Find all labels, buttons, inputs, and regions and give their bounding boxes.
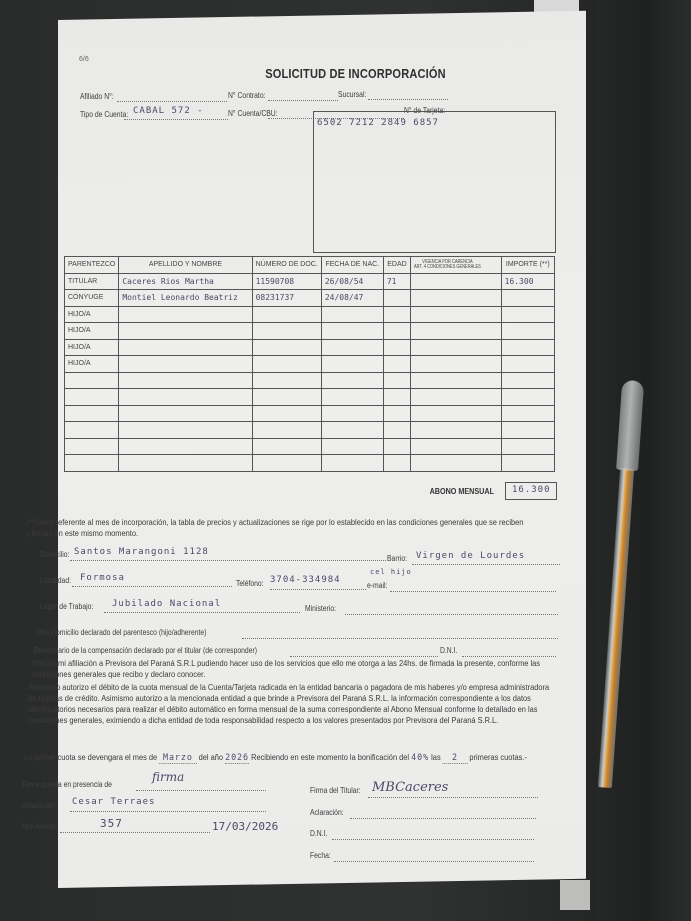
cell-nombre[interactable] — [119, 422, 252, 439]
beneficiario-field[interactable] — [290, 656, 438, 657]
cell-nombre[interactable] — [119, 405, 252, 422]
cell-fecha[interactable] — [321, 422, 383, 439]
table-row: CÓNYUGEMontiel Leonardo Beatriz082317372… — [65, 290, 555, 307]
localidad-label: Localidad: — [40, 576, 71, 585]
cell-importe[interactable] — [501, 356, 554, 373]
cell-importe[interactable] — [501, 323, 554, 340]
cell-importe[interactable] — [501, 389, 554, 406]
family-table: PARENTEZCO APELLIDO Y NOMBRE NÚMERO DE D… — [64, 256, 555, 472]
cell-parentezco: TITULAR — [65, 273, 119, 290]
cuota-anio[interactable]: 2026 — [225, 753, 249, 764]
cell-fecha[interactable] — [321, 323, 383, 340]
cell-edad[interactable] — [383, 422, 410, 439]
asesor-date: 17/03/2026 — [212, 820, 278, 833]
cell-edad[interactable] — [383, 306, 410, 323]
cell-edad[interactable] — [383, 290, 410, 307]
cell-fecha[interactable]: 24/08/47 — [321, 290, 383, 307]
titular-label: Firma del Titular: — [310, 786, 361, 795]
col-nombre: APELLIDO Y NOMBRE — [119, 257, 252, 274]
domicilio-label: Domicilio: — [40, 550, 69, 559]
cell-importe[interactable]: 16.300 — [501, 273, 554, 290]
ministerio-field[interactable] — [345, 614, 558, 615]
cell-parentezco — [65, 372, 119, 389]
cell-fecha[interactable] — [321, 405, 383, 422]
presencia-signature: firma — [152, 770, 184, 784]
localidad-value: Formosa — [80, 573, 125, 583]
cell-nombre[interactable] — [119, 306, 252, 323]
cell-parentezco: HIJO/A — [65, 339, 119, 356]
asesor-value: 357 — [100, 817, 123, 830]
fecha-field[interactable] — [334, 861, 534, 862]
cell-doc[interactable] — [252, 438, 321, 455]
cell-vigencia[interactable] — [411, 438, 502, 455]
cell-doc[interactable] — [252, 389, 321, 406]
cuota-suffix: primeras cuotas.- — [469, 753, 526, 762]
col-vigencia: VIGENCIA POR CARENCIA ART. 4 CONDICIONES… — [411, 257, 502, 274]
cell-importe[interactable] — [501, 339, 554, 356]
cell-parentezco — [65, 389, 119, 406]
cell-edad[interactable] — [383, 455, 410, 472]
titular-signature: MBCaceres — [372, 780, 448, 795]
beneficiario-dni-label: D.N.I. — [440, 646, 457, 655]
trabajo-field[interactable] — [104, 612, 300, 613]
page-number: 6/6 — [79, 56, 89, 63]
aclaracion-label: Aclaración: — [22, 801, 56, 810]
barrio-label: Barrio: — [387, 554, 407, 563]
aclaracion-field[interactable] — [70, 811, 266, 812]
cell-parentezco — [65, 455, 119, 472]
cell-edad[interactable] — [383, 438, 410, 455]
cell-nombre[interactable] — [119, 356, 252, 373]
contrato-field[interactable] — [268, 100, 338, 101]
tipo-cuenta-label: Tipo de Cuenta: — [80, 110, 128, 119]
table-row — [65, 455, 555, 472]
cell-doc[interactable] — [252, 455, 321, 472]
trabajo-label: Lugar de Trabajo: — [40, 602, 93, 611]
price-note: (**)Valor referente al mes de incorporac… — [26, 517, 528, 539]
cell-parentezco: HIJO/A — [65, 306, 119, 323]
contrato-label: N° Contrato: — [228, 91, 265, 100]
cuota-bonif-label: Recibiendo en este momento la bonificaci… — [251, 753, 409, 762]
cell-nombre[interactable] — [119, 389, 252, 406]
cell-fecha[interactable] — [321, 356, 383, 373]
cell-fecha[interactable] — [321, 339, 383, 356]
tipo-cuenta-value: CABAL 572 - — [133, 106, 204, 116]
cell-edad[interactable] — [383, 339, 410, 356]
abono-value: 16.300 — [512, 485, 551, 495]
cell-parentezco — [65, 405, 119, 422]
table-header: PARENTEZCO APELLIDO Y NOMBRE NÚMERO DE D… — [65, 257, 555, 274]
otro-domicilio-label: Otro Domicilio declarado del parentesco … — [36, 628, 206, 637]
cell-parentezco: CÓNYUGE — [65, 290, 119, 307]
presencia-field[interactable] — [136, 790, 266, 791]
aclaracion2-field[interactable] — [350, 818, 536, 819]
col-doc: NÚMERO DE DOC. — [252, 257, 321, 274]
fecha-label: Fecha: — [310, 851, 331, 860]
cell-importe[interactable] — [501, 455, 554, 472]
barrio-field[interactable] — [412, 564, 560, 565]
cell-doc[interactable] — [252, 356, 321, 373]
cell-vigencia[interactable] — [411, 306, 502, 323]
cell-parentezco — [65, 422, 119, 439]
sucursal-label: Sucursal: — [338, 90, 366, 99]
cuenta-cbu-label: N° Cuenta/CBU: — [228, 109, 278, 118]
cell-fecha[interactable]: 26/08/54 — [321, 273, 383, 290]
email-label: e-mail: — [367, 581, 387, 590]
cell-doc[interactable] — [252, 323, 321, 340]
cell-fecha[interactable] — [321, 372, 383, 389]
cuota-prefix: La primer cuota se devengara el mes de — [24, 753, 157, 762]
cell-fecha[interactable] — [321, 438, 383, 455]
table-row — [65, 422, 555, 439]
cell-nombre[interactable]: Caceres Rios Martha — [119, 273, 252, 290]
tipo-cuenta-field[interactable] — [124, 119, 228, 120]
localidad-field[interactable] — [72, 586, 232, 587]
tarjeta-box[interactable] — [313, 111, 556, 253]
dni-field[interactable] — [332, 839, 534, 840]
telefono-label: Teléfono: — [236, 579, 264, 588]
form-content: 6/6 SOLICITUD DE INCORPORACIÓN Afiliado … — [0, 0, 691, 921]
terms-debit: Asimismo autorizo el débito de la cuota … — [28, 682, 558, 726]
trabajo-value: Jubilado Nacional — [112, 599, 221, 609]
cell-importe[interactable] — [501, 405, 554, 422]
cuota-num[interactable]: 2 — [443, 753, 468, 764]
email-field[interactable] — [390, 591, 556, 592]
cell-vigencia[interactable] — [411, 323, 502, 340]
barrio-value: Virgen de Lourdes — [416, 551, 525, 561]
table-row: HIJO/A — [65, 356, 555, 373]
cell-vigencia[interactable] — [411, 290, 502, 307]
table-row — [65, 372, 555, 389]
cell-importe[interactable] — [501, 372, 554, 389]
cell-parentezco: HIJO/A — [65, 356, 119, 373]
cell-vigencia[interactable] — [411, 339, 502, 356]
asesor-field[interactable] — [60, 832, 210, 833]
cell-nombre[interactable] — [119, 323, 252, 340]
dni-label: D.N.I. — [310, 829, 327, 838]
aclaracion2-label: Aclaración: — [310, 808, 344, 817]
cell-vigencia[interactable] — [411, 372, 502, 389]
cuota-bonif[interactable]: 40% — [411, 753, 429, 763]
terms-affiliation: Solicito mi afiliación a Previsora del P… — [32, 658, 557, 680]
col-fecha: FECHA DE NAC. — [321, 257, 383, 274]
cell-edad[interactable]: 71 — [383, 273, 410, 290]
cell-importe[interactable] — [501, 290, 554, 307]
cell-importe[interactable] — [501, 306, 554, 323]
table-row: HIJO/A — [65, 339, 555, 356]
table-row: HIJO/A — [65, 323, 555, 340]
table-row: TITULARCaceres Rios Martha1159070826/08/… — [65, 273, 555, 290]
vigencia-sub: ART. 4 CONDICIONES GENERALES — [414, 265, 481, 270]
presencia-label: Firma puesta en presencia de — [22, 780, 112, 789]
cell-parentezco — [65, 438, 119, 455]
afiliado-label: Afiliado N°: — [80, 92, 114, 101]
cell-fecha[interactable] — [321, 306, 383, 323]
cuota-mes[interactable]: Marzo — [159, 753, 196, 764]
col-edad: EDAD — [383, 257, 410, 274]
table-row — [65, 389, 555, 406]
cell-doc[interactable] — [252, 405, 321, 422]
cell-fecha[interactable] — [321, 389, 383, 406]
cell-importe[interactable] — [501, 422, 554, 439]
form-title: SOLICITUD DE INCORPORACIÓN — [50, 66, 611, 81]
tarjeta-value: 6502 7212 2849 6857 — [317, 118, 439, 128]
telefono-value: 3704-334984 — [270, 575, 341, 585]
cell-doc[interactable]: 08231737 — [252, 290, 321, 307]
cuota-las: las — [431, 753, 441, 762]
table-row — [65, 438, 555, 455]
cell-nombre[interactable] — [119, 339, 252, 356]
domicilio-value: Santos Marangoni 1128 — [74, 547, 209, 557]
col-parentezco: PARENTEZCO — [65, 257, 119, 274]
aclaracion-value: Cesar Terraes — [72, 797, 155, 807]
table-row — [65, 405, 555, 422]
beneficiario-dni-field[interactable] — [462, 656, 556, 657]
cell-doc[interactable]: 11590708 — [252, 273, 321, 290]
cell-edad[interactable] — [383, 405, 410, 422]
otro-domicilio-field[interactable] — [242, 638, 558, 639]
abono-label: ABONO MENSUAL — [430, 487, 494, 496]
sucursal-field[interactable] — [368, 99, 448, 100]
cell-nombre[interactable] — [119, 455, 252, 472]
cell-edad[interactable] — [383, 372, 410, 389]
asesor-label: Nro Asesor — [22, 822, 56, 831]
cell-vigencia[interactable] — [411, 455, 502, 472]
domicilio-field[interactable] — [70, 560, 386, 561]
cell-vigencia[interactable] — [411, 422, 502, 439]
cell-edad[interactable] — [383, 356, 410, 373]
cell-edad[interactable] — [383, 323, 410, 340]
col-importe: IMPORTE (**) — [501, 257, 554, 274]
cell-edad[interactable] — [383, 389, 410, 406]
ministerio-label: Ministerio: — [305, 604, 336, 613]
telefono-field[interactable] — [270, 589, 366, 590]
cell-doc[interactable] — [252, 422, 321, 439]
cell-nombre[interactable] — [119, 438, 252, 455]
cell-nombre[interactable]: Montiel Leonardo Beatriz — [119, 290, 252, 307]
cell-doc[interactable] — [252, 306, 321, 323]
cuota-line: La primer cuota se devengara el mes de M… — [24, 752, 601, 764]
cell-vigencia[interactable] — [411, 356, 502, 373]
cell-doc[interactable] — [252, 339, 321, 356]
cell-doc[interactable] — [252, 372, 321, 389]
beneficiario-label: Beneficiario de la compensación declarad… — [34, 646, 257, 655]
afiliado-field[interactable] — [117, 101, 227, 102]
cell-nombre[interactable] — [119, 372, 252, 389]
cell-vigencia[interactable] — [411, 273, 502, 290]
cell-importe[interactable] — [501, 438, 554, 455]
table-row: HIJO/A — [65, 306, 555, 323]
cell-vigencia[interactable] — [411, 405, 502, 422]
cell-vigencia[interactable] — [411, 389, 502, 406]
cell-parentezco: HIJO/A — [65, 323, 119, 340]
cuota-anio-label: del año — [199, 753, 223, 762]
cell-fecha[interactable] — [321, 455, 383, 472]
telefono-note: cel hijo — [370, 568, 412, 576]
titular-field[interactable] — [368, 797, 538, 798]
